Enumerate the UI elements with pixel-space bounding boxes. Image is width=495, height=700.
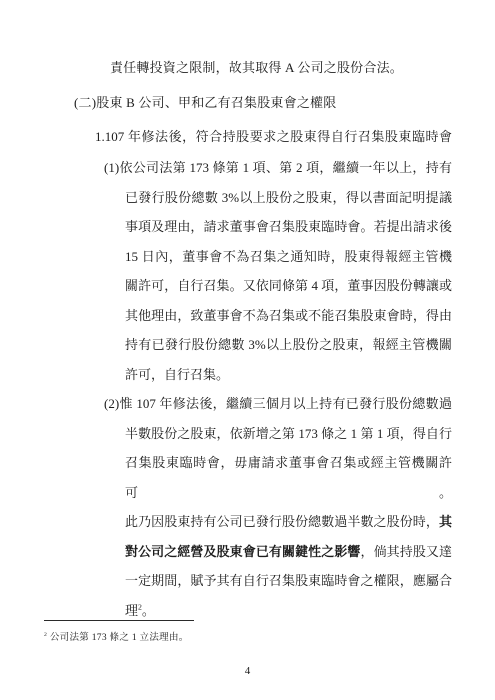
body-continuation-line: 責任轉投資之限制，故其取得 A 公司之股份合法。 [110,54,403,82]
text-segment: (2)惟 107 年修法後，繼續三個月以上持有已發行股份總數過 [104,396,452,411]
paragraph-line: 此乃因股東持有公司已發行股份總數過半數之股份時，其 [125,507,452,537]
numbered-item-1: (1)依公司法第 173 條第 1 項、第 2 項，繼續一年以上，持有已發行股份… [104,153,452,389]
text-segment: 持有已發行股份總數 3%以上股份之股東，報經主管機關 [125,337,452,352]
text-segment: 關許可，自行召集。又依同條第 4 項，董事因股份轉讓或 [125,278,452,293]
footnote-text: 公司法第 173 條之 1 立法理由。 [50,633,189,643]
paragraph-line: 15 日內，董事會不為召集之通知時，股東得報經主管機 [125,242,452,272]
footnote: 2 公司法第 173 條之 1 立法理由。 [44,629,189,643]
paragraph-line: 已發行股份總數 3%以上股份之股東，得以書面記明提議 [125,183,452,213]
text-segment: 此乃因股東持有公司已發行股份總數過半數之股份時， [125,514,439,529]
text-segment: 對公司之經營及股東會已有關鍵性之影響 [125,544,360,559]
text-segment: 已發行股份總數 3%以上股份之股東，得以書面記明提議 [125,190,452,205]
numbered-paragraphs: (1)依公司法第 173 條第 1 項、第 2 項，繼續一年以上，持有已發行股份… [104,153,452,625]
footnote-separator [44,620,194,621]
text-segment: 許可，自行召集。 [125,367,229,382]
text-segment: 15 日內，董事會不為召集之通知時，股東得報經主管機 [125,249,452,264]
text-segment: 其他理由，致董事會不為召集或不能召集股東會時，得由 [125,308,452,323]
text-segment: 一定期間，賦予其有自行召集股東臨時會之權限，應屬合 [125,573,452,588]
document-page: 責任轉投資之限制，故其取得 A 公司之股份合法。 (二)股東 B 公司、甲和乙有… [0,0,495,700]
text-segment: 。 [142,603,155,618]
text-segment: 半數股份之股東，依新增之第 173 條之 1 第 1 項，得自行 [125,426,452,441]
paragraph-line: 關許可，自行召集。又依同條第 4 項，董事因股份轉讓或 [125,271,452,301]
paragraph-line: 持有已發行股份總數 3%以上股份之股東，報經主管機關 [125,330,452,360]
numbered-item-2: (2)惟 107 年修法後，繼續三個月以上持有已發行股份總數過半數股份之股東，依… [104,389,452,625]
paragraph-line: 召集股東臨時會，毋庸請求董事會召集或經主管機關許可。 [125,448,452,507]
paragraph-line: 對公司之經營及股東會已有關鍵性之影響，倘其持股又達 [125,537,452,567]
page-number: 4 [0,665,495,677]
paragraph-line: 一定期間，賦予其有自行召集股東臨時會之權限，應屬合 [125,566,452,596]
text-segment: 召集股東臨時會，毋庸請求董事會召集或經主管機關許可。 [125,455,452,500]
subsection-heading: 1.107 年修法後，符合持股要求之股東得自行召集股東臨時會 [95,123,452,151]
text-segment: ，倘其持股又達 [360,544,452,559]
text-segment: 其 [439,514,452,529]
paragraph-line: (2)惟 107 年修法後，繼續三個月以上持有已發行股份總數過 [104,389,452,419]
footnote-marker: 2 [44,632,47,638]
text-segment: 理 [125,603,138,618]
paragraph-line: 事項及理由，請求董事會召集股東臨時會。若提出請求後 [125,212,452,242]
paragraph-line: 其他理由，致董事會不為召集或不能召集股東會時，得由 [125,301,452,331]
paragraph-line: 許可，自行召集。 [125,360,452,390]
text-segment: 事項及理由，請求董事會召集股東臨時會。若提出請求後 [125,219,452,234]
paragraph-line: (1)依公司法第 173 條第 1 項、第 2 項，繼續一年以上，持有 [104,153,452,183]
text-segment: (1)依公司法第 173 條第 1 項、第 2 項，繼續一年以上，持有 [104,160,452,175]
section-heading: (二)股東 B 公司、甲和乙有召集股東會之權限 [74,89,336,117]
paragraph-line: 半數股份之股東，依新增之第 173 條之 1 第 1 項，得自行 [125,419,452,449]
